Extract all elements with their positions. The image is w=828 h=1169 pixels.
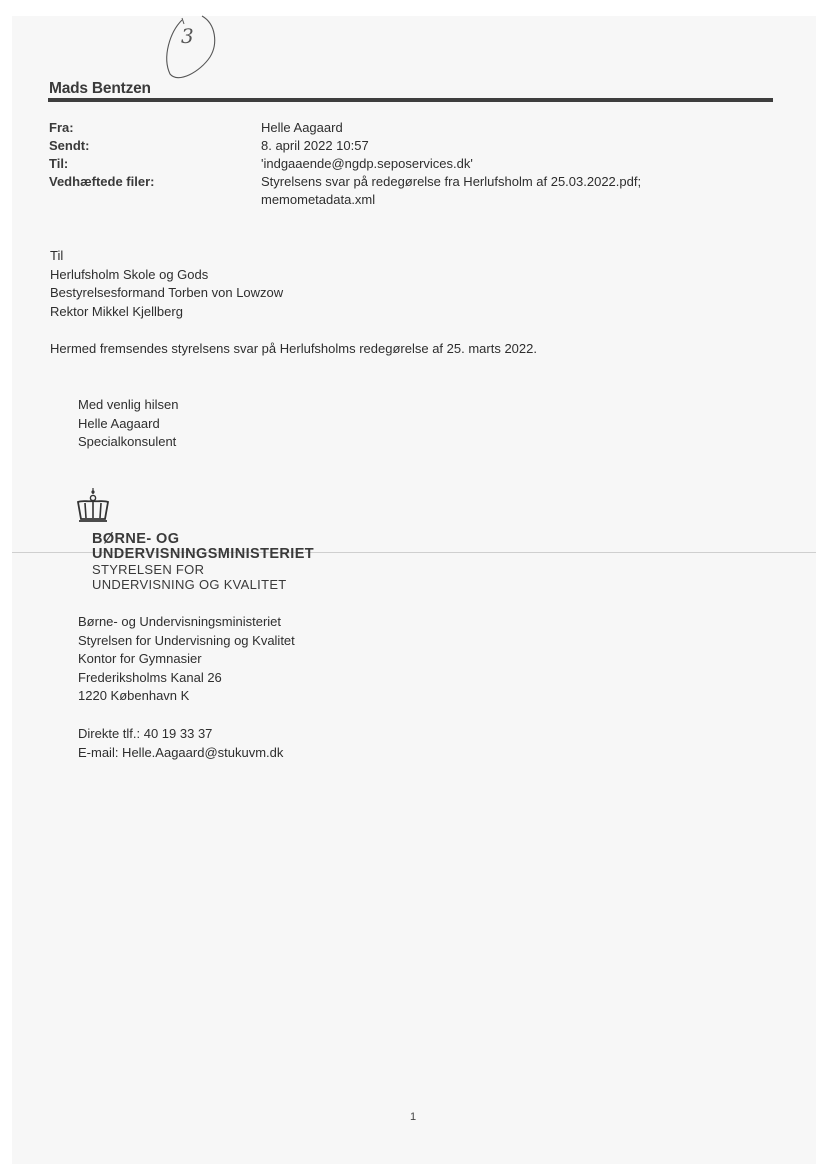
- attachments-label: Vedhæftede filer:: [49, 173, 249, 191]
- ministry-logo-text: BØRNE- OG UNDERVISNINGSMINISTERIET STYRE…: [92, 532, 314, 592]
- address-block: Børne- og Undervisningsministeriet Styre…: [78, 613, 295, 706]
- signer-name: Helle Aagaard: [78, 415, 178, 434]
- address-line: Børne- og Undervisningsministeriet: [78, 613, 295, 632]
- to-value: 'indgaaende@ngdp.seposervices.dk': [261, 155, 473, 173]
- logo-line: UNDERVISNING OG KVALITET: [92, 577, 314, 592]
- email-line: E-mail: Helle.Aagaard@stukuvm.dk: [78, 744, 283, 763]
- to-label: Til:: [49, 155, 249, 173]
- page-number: 1: [410, 1111, 416, 1123]
- message-text: Hermed fremsendes styrelsens svar på Her…: [50, 340, 537, 359]
- handwritten-page-mark: 3: [160, 12, 220, 82]
- recipient-block: Til Herlufsholm Skole og Gods Bestyrelse…: [50, 247, 283, 321]
- logo-line: STYRELSEN FOR: [92, 562, 314, 577]
- from-label: Fra:: [49, 119, 249, 137]
- closing-block: Med venlig hilsen Helle Aagaard Specialk…: [78, 396, 178, 452]
- recipient-line: Til: [50, 247, 283, 266]
- sent-label: Sendt:: [49, 137, 249, 155]
- address-line: Frederiksholms Kanal 26: [78, 669, 295, 688]
- sender-name-heading: Mads Bentzen: [49, 80, 151, 98]
- sent-value: 8. april 2022 10:57: [261, 137, 369, 155]
- address-line: Kontor for Gymnasier: [78, 650, 295, 669]
- address-line: 1220 København K: [78, 687, 295, 706]
- recipient-line: Herlufsholm Skole og Gods: [50, 266, 283, 285]
- header-divider: [48, 98, 773, 102]
- crown-icon: [73, 486, 113, 526]
- from-value: Helle Aagaard: [261, 119, 343, 137]
- logo-line: UNDERVISNINGSMINISTERIET: [92, 547, 314, 562]
- attachment-xml: memometadata.xml: [261, 191, 375, 209]
- signer-title: Specialkonsulent: [78, 433, 178, 452]
- logo-line: BØRNE- OG: [92, 532, 314, 547]
- address-line: Styrelsen for Undervisning og Kvalitet: [78, 632, 295, 651]
- handwritten-number: 3: [181, 24, 194, 48]
- phone-line: Direkte tlf.: 40 19 33 37: [78, 725, 283, 744]
- attachment-pdf: Styrelsens svar på redegørelse fra Herlu…: [261, 173, 641, 191]
- closing-line: Med venlig hilsen: [78, 396, 178, 415]
- message-line: Hermed fremsendes styrelsens svar på Her…: [50, 340, 537, 359]
- recipient-line: Rektor Mikkel Kjellberg: [50, 303, 283, 322]
- contact-block: Direkte tlf.: 40 19 33 37 E-mail: Helle.…: [78, 725, 283, 762]
- recipient-line: Bestyrelsesformand Torben von Lowzow: [50, 284, 283, 303]
